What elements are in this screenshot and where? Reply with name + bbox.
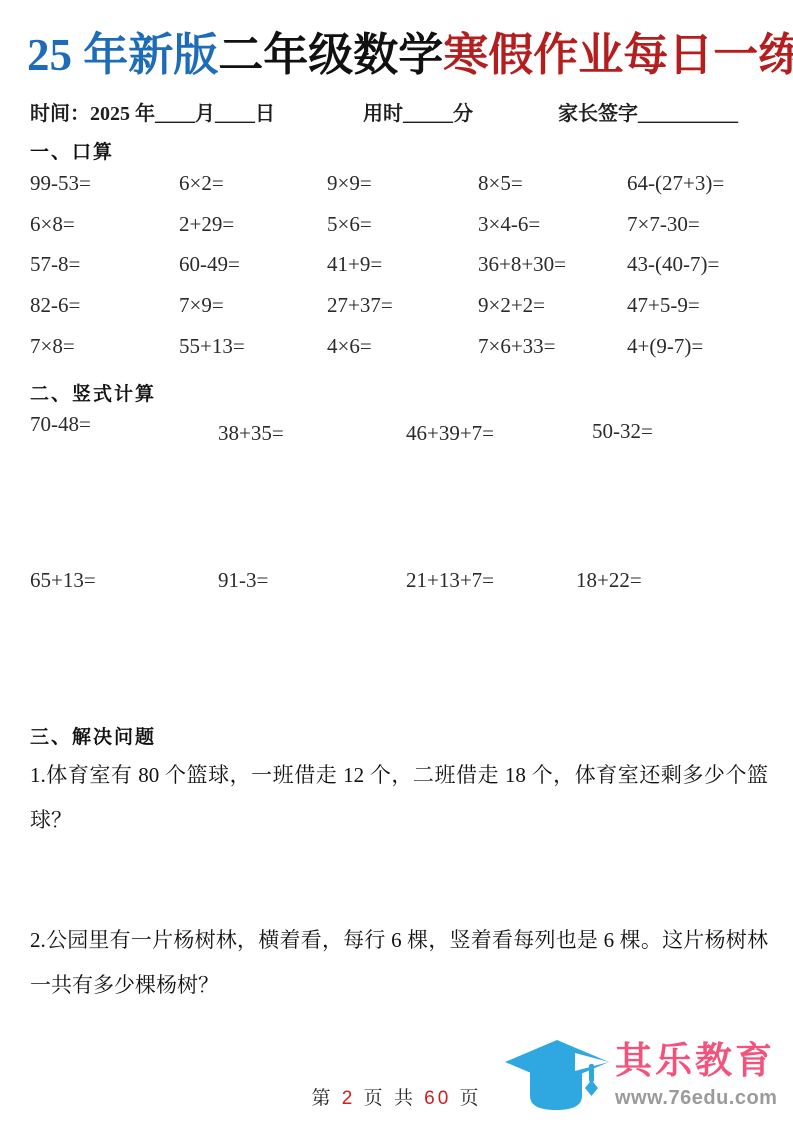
math-problem: 4+(9-7)=	[627, 326, 767, 367]
title-homework-name: 寒假作业每日一练	[443, 30, 793, 80]
math-problem: 38+35=	[218, 421, 284, 446]
math-problem: 82-6=	[30, 285, 179, 326]
math-problem: 43-(40-7)=	[627, 245, 767, 286]
math-problem: 6×8=	[30, 204, 179, 245]
math-problem: 7×6+33=	[478, 326, 627, 367]
math-problem: 9×2+2=	[478, 285, 627, 326]
graduation-cap-icon	[503, 1036, 613, 1120]
math-problem: 65+13=	[30, 568, 96, 593]
math-problem: 2+29=	[179, 204, 327, 245]
info-line: 时间：2025 年____月____日 用时_____分 家长签字_______…	[0, 97, 793, 125]
math-problem: 55+13=	[179, 326, 327, 367]
math-problem: 18+22=	[576, 568, 642, 593]
math-problem: 50-32=	[592, 419, 653, 444]
logo-text-block: 其乐教育 www.76edu.com	[615, 1040, 793, 1110]
brand-logo: 其乐教育 www.76edu.com	[503, 1036, 793, 1122]
page-number-prefix: 第	[311, 1088, 341, 1109]
brand-name: 其乐教育	[615, 1040, 793, 1082]
math-problem: 6×2=	[179, 163, 327, 204]
brand-url: www.76edu.com	[615, 1087, 793, 1110]
duration-blank-field: 用时_____分	[363, 97, 473, 126]
math-problem: 4×6=	[327, 326, 478, 367]
math-problem: 64-(27+3)=	[627, 163, 767, 204]
page-title: 25 年新版二年级数学寒假作业每日一练	[27, 18, 772, 83]
parent-signature-field: 家长签字__________	[558, 97, 738, 126]
math-problem: 41+9=	[327, 245, 478, 286]
math-problem: 91-3=	[218, 568, 268, 593]
title-grade-subject: 二年级数学	[218, 30, 443, 80]
math-problem: 7×9=	[179, 285, 327, 326]
page-number-mid: 页 共	[355, 1088, 424, 1109]
word-problem-2: 2.公园里有一片杨树林，横着看，每行 6 棵，竖着看每列也是 6 棵。这片杨树林…	[30, 918, 768, 1008]
section-solve-heading: 三、解决问题	[30, 722, 156, 749]
oral-problems-grid: 99-53= 6×2= 9×9= 8×5= 64-(27+3)= 6×8= 2+…	[30, 163, 767, 367]
page-number-suffix: 页	[451, 1088, 481, 1109]
date-blank-field: 时间：2025 年____月____日	[30, 97, 275, 126]
math-problem: 7×7-30=	[627, 204, 767, 245]
title-edition: 25 年新版	[27, 30, 218, 80]
math-problem: 57-8=	[30, 245, 179, 286]
section-oral-heading: 一、口算	[30, 137, 114, 164]
math-problem: 7×8=	[30, 326, 179, 367]
math-problem: 47+5-9=	[627, 285, 767, 326]
math-problem: 27+37=	[327, 285, 478, 326]
math-problem: 99-53=	[30, 163, 179, 204]
word-problem-1: 1.体育室有 80 个篮球，一班借走 12 个，二班借走 18 个，体育室还剩多…	[30, 753, 768, 843]
math-problem: 3×4-6=	[478, 204, 627, 245]
worksheet-page: 25 年新版二年级数学寒假作业每日一练 时间：2025 年____月____日 …	[0, 0, 793, 1122]
math-problem: 36+8+30=	[478, 245, 627, 286]
math-problem: 8×5=	[478, 163, 627, 204]
math-problem: 5×6=	[327, 204, 478, 245]
page-number-current: 2	[342, 1088, 356, 1109]
math-problem: 21+13+7=	[406, 568, 494, 593]
math-problem: 9×9=	[327, 163, 478, 204]
math-problem: 60-49=	[179, 245, 327, 286]
page-number-total: 60	[424, 1088, 451, 1109]
math-problem: 46+39+7=	[406, 421, 494, 446]
math-problem: 70-48=	[30, 412, 91, 437]
section-vertical-heading: 二、竖式计算	[30, 379, 156, 406]
